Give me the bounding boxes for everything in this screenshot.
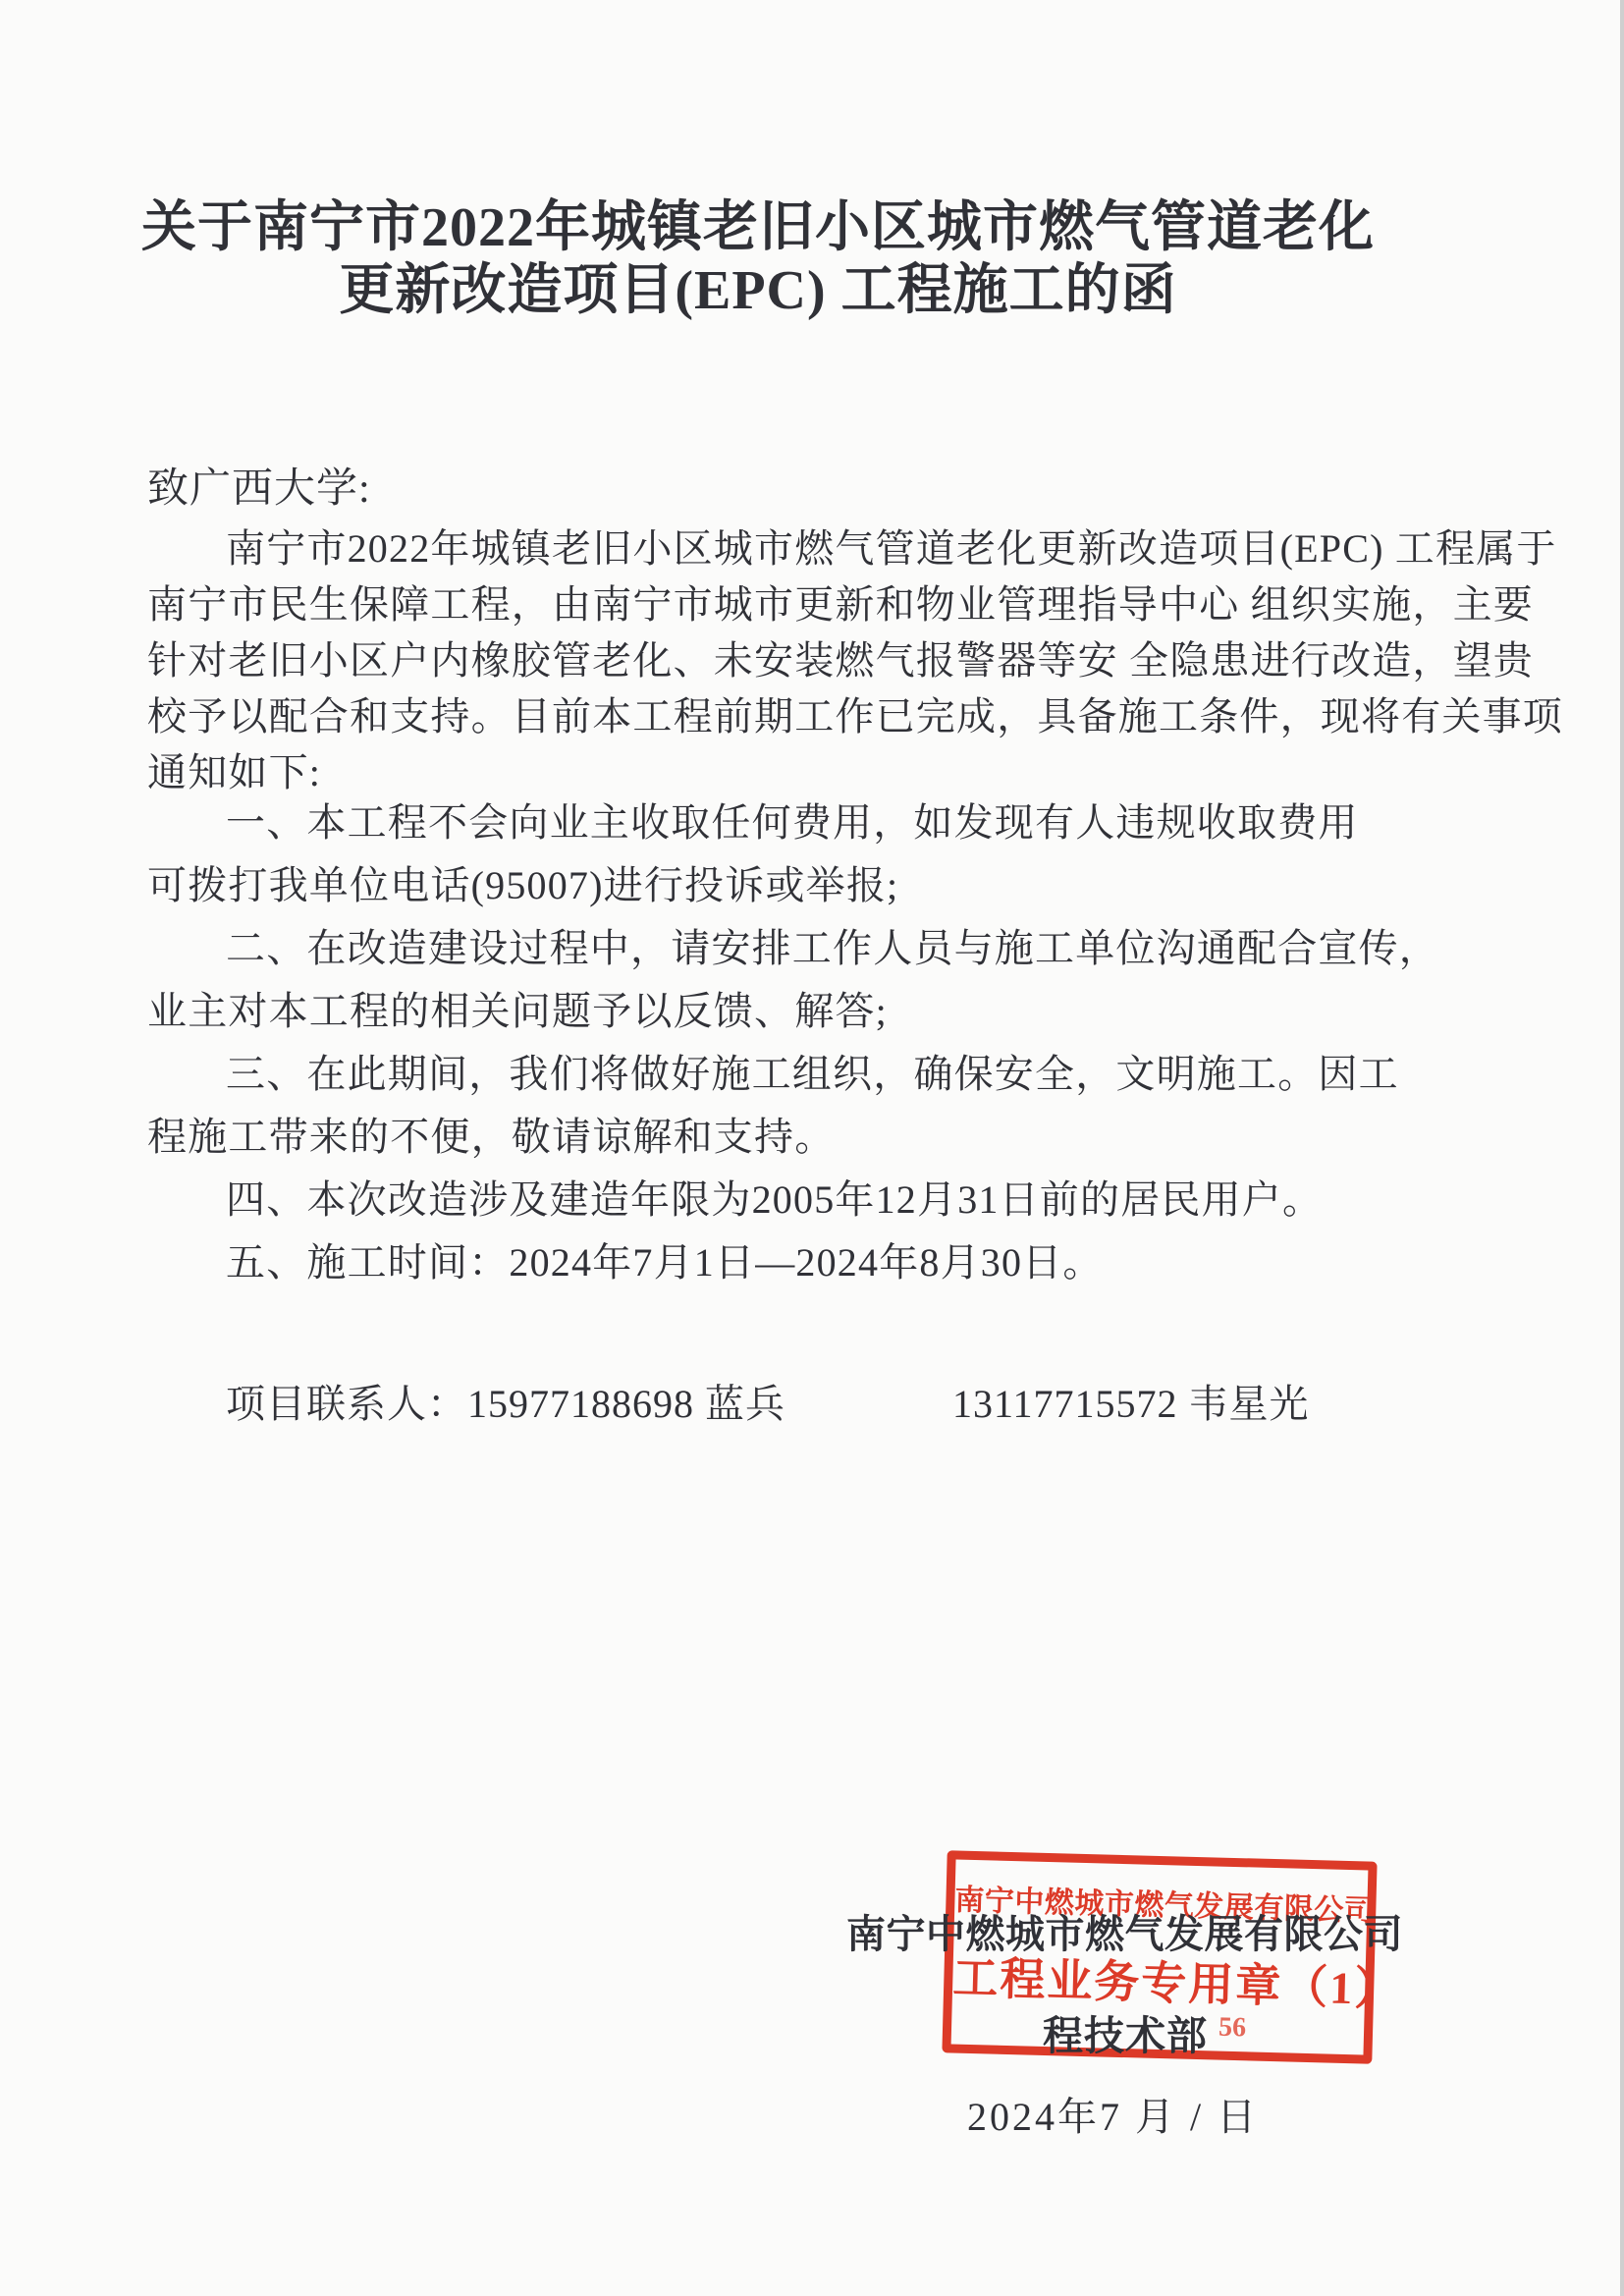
item-2-line-2: 业主对本工程的相关问题予以反馈、解答; [147, 980, 1526, 1043]
item-3-line-2: 程施工带来的不便，敬请谅解和支持。 [147, 1106, 1526, 1169]
item-1-line-1: 一、本工程不会向业主收取任何费用，如发现有人违规收取费用 [147, 792, 1526, 854]
document-title: 关于南宁市2022年城镇老旧小区城市燃气管道老化 更新改造项目(EPC) 工程施… [0, 196, 1516, 322]
intro-paragraph: 南宁市2022年城镇老旧小区城市燃气管道老化更新改造项目(EPC) 工程属于 南… [147, 520, 1526, 800]
item-3-line-1: 三、在此期间，我们将做好施工组织，确保安全，文明施工。因工 [147, 1043, 1526, 1106]
item-2-line-1: 二、在改造建设过程中，请安排工作人员与施工单位沟通配合宣传， [147, 917, 1526, 980]
seal-serial-fragment: 56 [1218, 2012, 1247, 2045]
intro-line: 南宁市2022年城镇老旧小区城市燃气管道老化更新改造项目(EPC) 工程属于 [147, 520, 1526, 576]
contact-name-1: 蓝兵 [705, 1382, 785, 1426]
title-line-1: 关于南宁市2022年城镇老旧小区城市燃气管道老化 [0, 196, 1516, 259]
contact-label: 项目联系人： [226, 1382, 467, 1426]
signature-company: 南宁中燃城市燃气发展有限公司 [846, 1903, 1403, 1959]
contact-phone-1: 15977188698 [467, 1382, 694, 1426]
signature-department: 程技术部 [1043, 2003, 1208, 2061]
intro-line: 南宁市民生保障工程，由南宁市城市更新和物业管理指导中心 组织实施，主要 [147, 576, 1526, 632]
item-5-line: 五、施工时间：2024年7月1日—2024年8月30日。 [147, 1231, 1526, 1294]
item-4-line: 四、本次改造涉及建造年限为2005年12月31日前的居民用户。 [147, 1169, 1526, 1231]
intro-line: 针对老旧小区户内橡胶管老化、未安装燃气报警器等安 全隐患进行改造，望贵 [147, 632, 1526, 688]
scan-edge-shadow [1620, 0, 1624, 2296]
contact-phone-2: 13117715572 [952, 1382, 1178, 1426]
contact-name-2: 韦星光 [1189, 1382, 1310, 1426]
salutation: 致广西大学: [147, 456, 371, 515]
numbered-items: 一、本工程不会向业主收取任何费用，如发现有人违规收取费用 可拨打我单位电话(95… [147, 792, 1526, 1294]
title-line-2: 更新改造项目(EPC) 工程施工的函 [0, 259, 1516, 322]
intro-line: 校予以配合和支持。目前本工程前期工作已完成，具备施工条件，现将有关事项 [147, 688, 1526, 744]
letter-page: 关于南宁市2022年城镇老旧小区城市燃气管道老化 更新改造项目(EPC) 工程施… [0, 0, 1624, 2296]
item-1-line-2: 可拨打我单位电话(95007)进行投诉或举报; [147, 854, 1526, 917]
signature-date: 2024年7 月 / 日 [967, 2086, 1259, 2142]
contact-line: 项目联系人：15977188698 蓝兵13117715572 韦星光 [226, 1373, 1310, 1429]
